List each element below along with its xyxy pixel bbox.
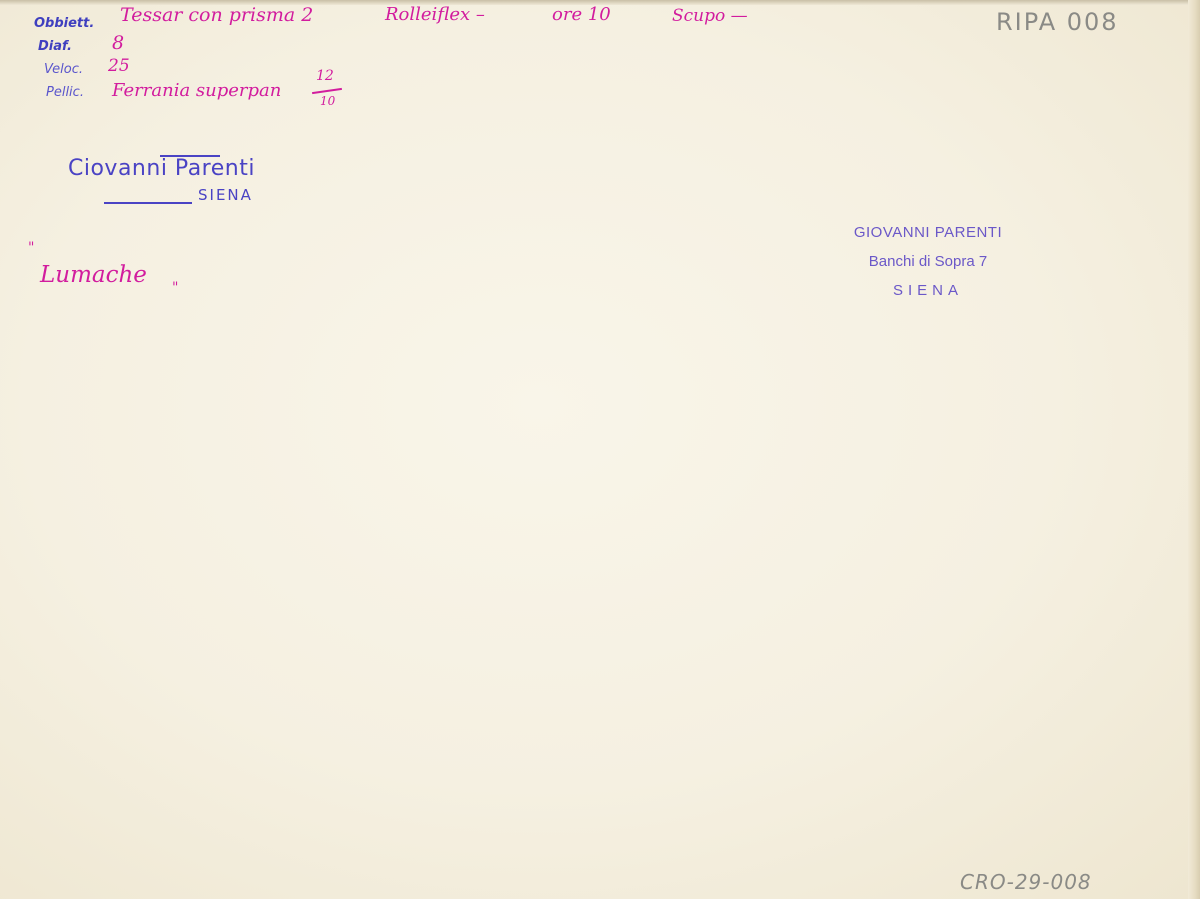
note-diaf-value: 8 xyxy=(112,32,124,54)
note-fraction-denominator: 10 xyxy=(320,94,335,108)
address-city: SIENA xyxy=(848,276,1008,305)
note-fraction-numerator: 12 xyxy=(316,68,334,84)
note-camera: Rolleiflex – xyxy=(385,4,485,25)
photographer-logo-stamp: Ciovanni Parenti SIENA xyxy=(64,150,279,208)
title-open-quote: " xyxy=(28,240,34,256)
archive-code-bottom: CRO-29-008 xyxy=(960,870,1092,894)
note-veloc-value: 25 xyxy=(108,56,130,76)
logo-underline xyxy=(104,202,192,204)
address-street: Banchi di Sopra 7 xyxy=(848,247,1008,276)
address-name: GIOVANNI PARENTI xyxy=(848,218,1008,247)
note-pellic-value: Ferrania superpan xyxy=(112,80,281,101)
title-close-quote: " xyxy=(172,280,178,296)
note-obbiett-value: Tessar con prisma 2 xyxy=(120,4,313,26)
label-diaf: Diaf. xyxy=(38,39,72,54)
photo-title: Lumache xyxy=(40,262,147,288)
logo-city: SIENA xyxy=(198,186,253,204)
right-edge-shadow xyxy=(1188,0,1200,899)
address-stamp: GIOVANNI PARENTI Banchi di Sopra 7 SIENA xyxy=(848,218,1008,305)
note-extra: Scupo — xyxy=(672,6,748,26)
label-veloc: Veloc. xyxy=(44,62,83,77)
photo-back-sheet: Obbiett. Diaf. Veloc. Pellic. Tessar con… xyxy=(0,0,1200,899)
label-pellic: Pellic. xyxy=(46,85,84,100)
archive-code-top: RIPA 008 xyxy=(996,8,1119,36)
label-obbiett: Obbiett. xyxy=(34,16,94,31)
note-time: ore 10 xyxy=(552,4,611,25)
logo-name: Ciovanni Parenti xyxy=(68,156,255,181)
